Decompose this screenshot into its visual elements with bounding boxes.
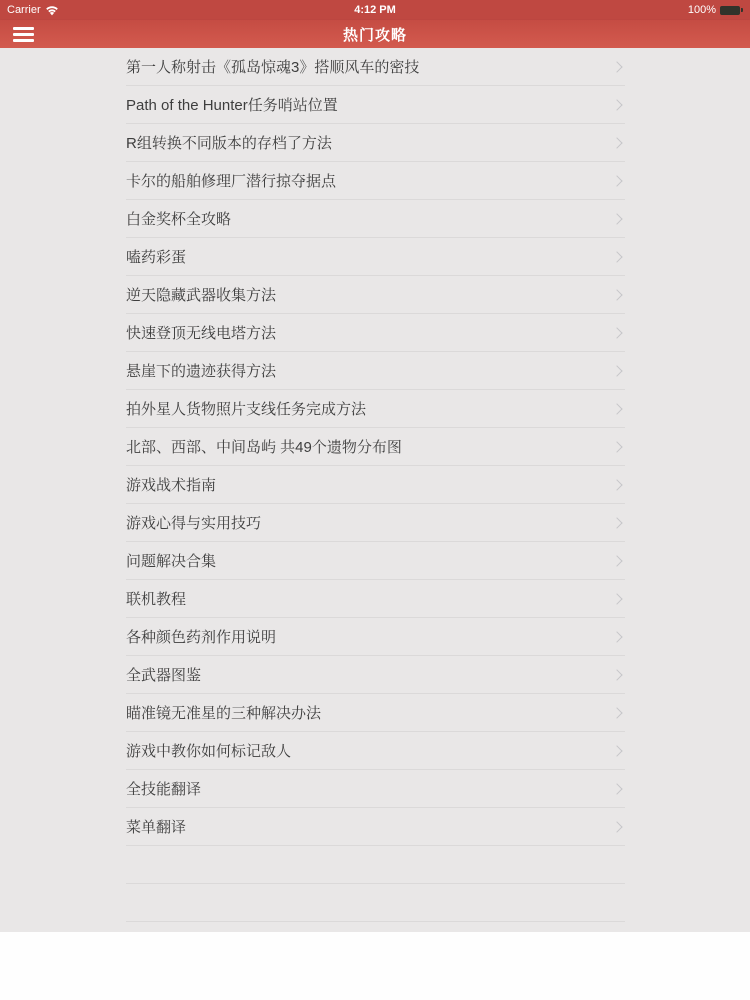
chevron-right-icon bbox=[611, 99, 622, 110]
list-item[interactable]: 嗑药彩蛋 bbox=[126, 238, 625, 276]
list-item[interactable]: 全技能翻译 bbox=[126, 770, 625, 808]
list-item[interactable]: 问题解决合集 bbox=[126, 542, 625, 580]
list-item-title: 第一人称射击《孤岛惊魂3》搭顺风车的密技 bbox=[126, 56, 419, 77]
list-item[interactable]: 联机教程 bbox=[126, 580, 625, 618]
list-item-title: 快速登顶无线电塔方法 bbox=[126, 322, 276, 343]
list-item-title: 游戏战术指南 bbox=[126, 474, 216, 495]
chevron-right-icon bbox=[611, 783, 622, 794]
list-item-title: 嗑药彩蛋 bbox=[126, 246, 186, 267]
chevron-right-icon bbox=[611, 175, 622, 186]
chevron-right-icon bbox=[611, 707, 622, 718]
chevron-right-icon bbox=[611, 821, 622, 832]
list-item[interactable]: Path of the Hunter任务哨站位置 bbox=[126, 86, 625, 124]
chevron-right-icon bbox=[611, 441, 622, 452]
list-item[interactable]: 菜单翻译 bbox=[126, 808, 625, 846]
chevron-right-icon bbox=[611, 61, 622, 72]
list-item[interactable]: 快速登顶无线电塔方法 bbox=[126, 314, 625, 352]
chevron-right-icon bbox=[611, 403, 622, 414]
list-item[interactable]: 游戏心得与实用技巧 bbox=[126, 504, 625, 542]
list-item-title: 瞄准镜无准星的三种解决办法 bbox=[126, 702, 321, 723]
wifi-icon bbox=[45, 5, 59, 16]
list-item-title: 北部、西部、中间岛屿 共49个遗物分布图 bbox=[126, 436, 402, 457]
clock-label: 4:12 PM bbox=[0, 4, 750, 16]
hamburger-bar bbox=[13, 33, 34, 36]
list-item-title: 全技能翻译 bbox=[126, 778, 201, 799]
chevron-right-icon bbox=[611, 517, 622, 528]
chevron-right-icon bbox=[611, 745, 622, 756]
list-item-title: 卡尔的船舶修理厂潜行掠夺据点 bbox=[126, 170, 336, 191]
chevron-right-icon bbox=[611, 289, 622, 300]
chevron-right-icon bbox=[611, 479, 622, 490]
chevron-right-icon bbox=[611, 669, 622, 680]
chevron-right-icon bbox=[611, 213, 622, 224]
list-item[interactable]: 北部、西部、中间岛屿 共49个遗物分布图 bbox=[126, 428, 625, 466]
battery-icon bbox=[720, 6, 743, 15]
list-item-title: 逆天隐藏武器收集方法 bbox=[126, 284, 276, 305]
list-item-title: 全武器图鉴 bbox=[126, 664, 201, 685]
list-item-title: 游戏心得与实用技巧 bbox=[126, 512, 261, 533]
bottom-strip bbox=[0, 932, 750, 1000]
list-item[interactable]: R组转换不同版本的存档了方法 bbox=[126, 124, 625, 162]
chevron-right-icon bbox=[611, 251, 622, 262]
list-item[interactable]: 第一人称射击《孤岛惊魂3》搭顺风车的密技 bbox=[126, 48, 625, 86]
chevron-right-icon bbox=[611, 365, 622, 376]
chevron-right-icon bbox=[611, 631, 622, 642]
list-item-title: Path of the Hunter任务哨站位置 bbox=[126, 94, 338, 115]
list-item[interactable]: 逆天隐藏武器收集方法 bbox=[126, 276, 625, 314]
list-item-title: 联机教程 bbox=[126, 588, 186, 609]
list-item[interactable]: 拍外星人货物照片支线任务完成方法 bbox=[126, 390, 625, 428]
list-item-title: 白金奖杯全攻略 bbox=[126, 208, 231, 229]
list-item[interactable]: 游戏战术指南 bbox=[126, 466, 625, 504]
chevron-right-icon bbox=[611, 327, 622, 338]
list-item-title: R组转换不同版本的存档了方法 bbox=[126, 132, 332, 153]
list-item-title: 菜单翻译 bbox=[126, 816, 186, 837]
nav-bar: 热门攻略 bbox=[0, 20, 750, 48]
status-left: Carrier bbox=[7, 4, 59, 16]
list-item-title: 问题解决合集 bbox=[126, 550, 216, 571]
page-title: 热门攻略 bbox=[0, 24, 750, 45]
status-bar: Carrier 4:12 PM 100% bbox=[0, 0, 750, 20]
list-item-title: 游戏中教你如何标记敌人 bbox=[126, 740, 291, 761]
list-item-empty bbox=[126, 884, 625, 922]
list-item[interactable]: 全武器图鉴 bbox=[126, 656, 625, 694]
list-item-title: 拍外星人货物照片支线任务完成方法 bbox=[126, 398, 366, 419]
list-item-title: 悬崖下的遗迹获得方法 bbox=[126, 360, 276, 381]
app-screen: Carrier 4:12 PM 100% 热门攻略 bbox=[0, 0, 750, 1000]
guide-list: 第一人称射击《孤岛惊魂3》搭顺风车的密技 Path of the Hunter任… bbox=[126, 48, 625, 922]
list-item[interactable]: 各种颜色药剂作用说明 bbox=[126, 618, 625, 656]
list-item[interactable]: 瞄准镜无准星的三种解决办法 bbox=[126, 694, 625, 732]
status-right: 100% bbox=[688, 4, 743, 16]
list-item[interactable]: 游戏中教你如何标记敌人 bbox=[126, 732, 625, 770]
chevron-right-icon bbox=[611, 593, 622, 604]
battery-percent-label: 100% bbox=[688, 4, 716, 16]
list-item-title: 各种颜色药剂作用说明 bbox=[126, 626, 276, 647]
hamburger-menu-button[interactable] bbox=[13, 27, 34, 42]
carrier-label: Carrier bbox=[7, 4, 41, 16]
chevron-right-icon bbox=[611, 137, 622, 148]
content-area: 第一人称射击《孤岛惊魂3》搭顺风车的密技 Path of the Hunter任… bbox=[0, 48, 750, 932]
list-item[interactable]: 白金奖杯全攻略 bbox=[126, 200, 625, 238]
list-item[interactable]: 悬崖下的遗迹获得方法 bbox=[126, 352, 625, 390]
list-item[interactable]: 卡尔的船舶修理厂潜行掠夺据点 bbox=[126, 162, 625, 200]
chevron-right-icon bbox=[611, 555, 622, 566]
hamburger-bar bbox=[13, 27, 34, 30]
list-item-empty bbox=[126, 846, 625, 884]
hamburger-bar bbox=[13, 39, 34, 42]
